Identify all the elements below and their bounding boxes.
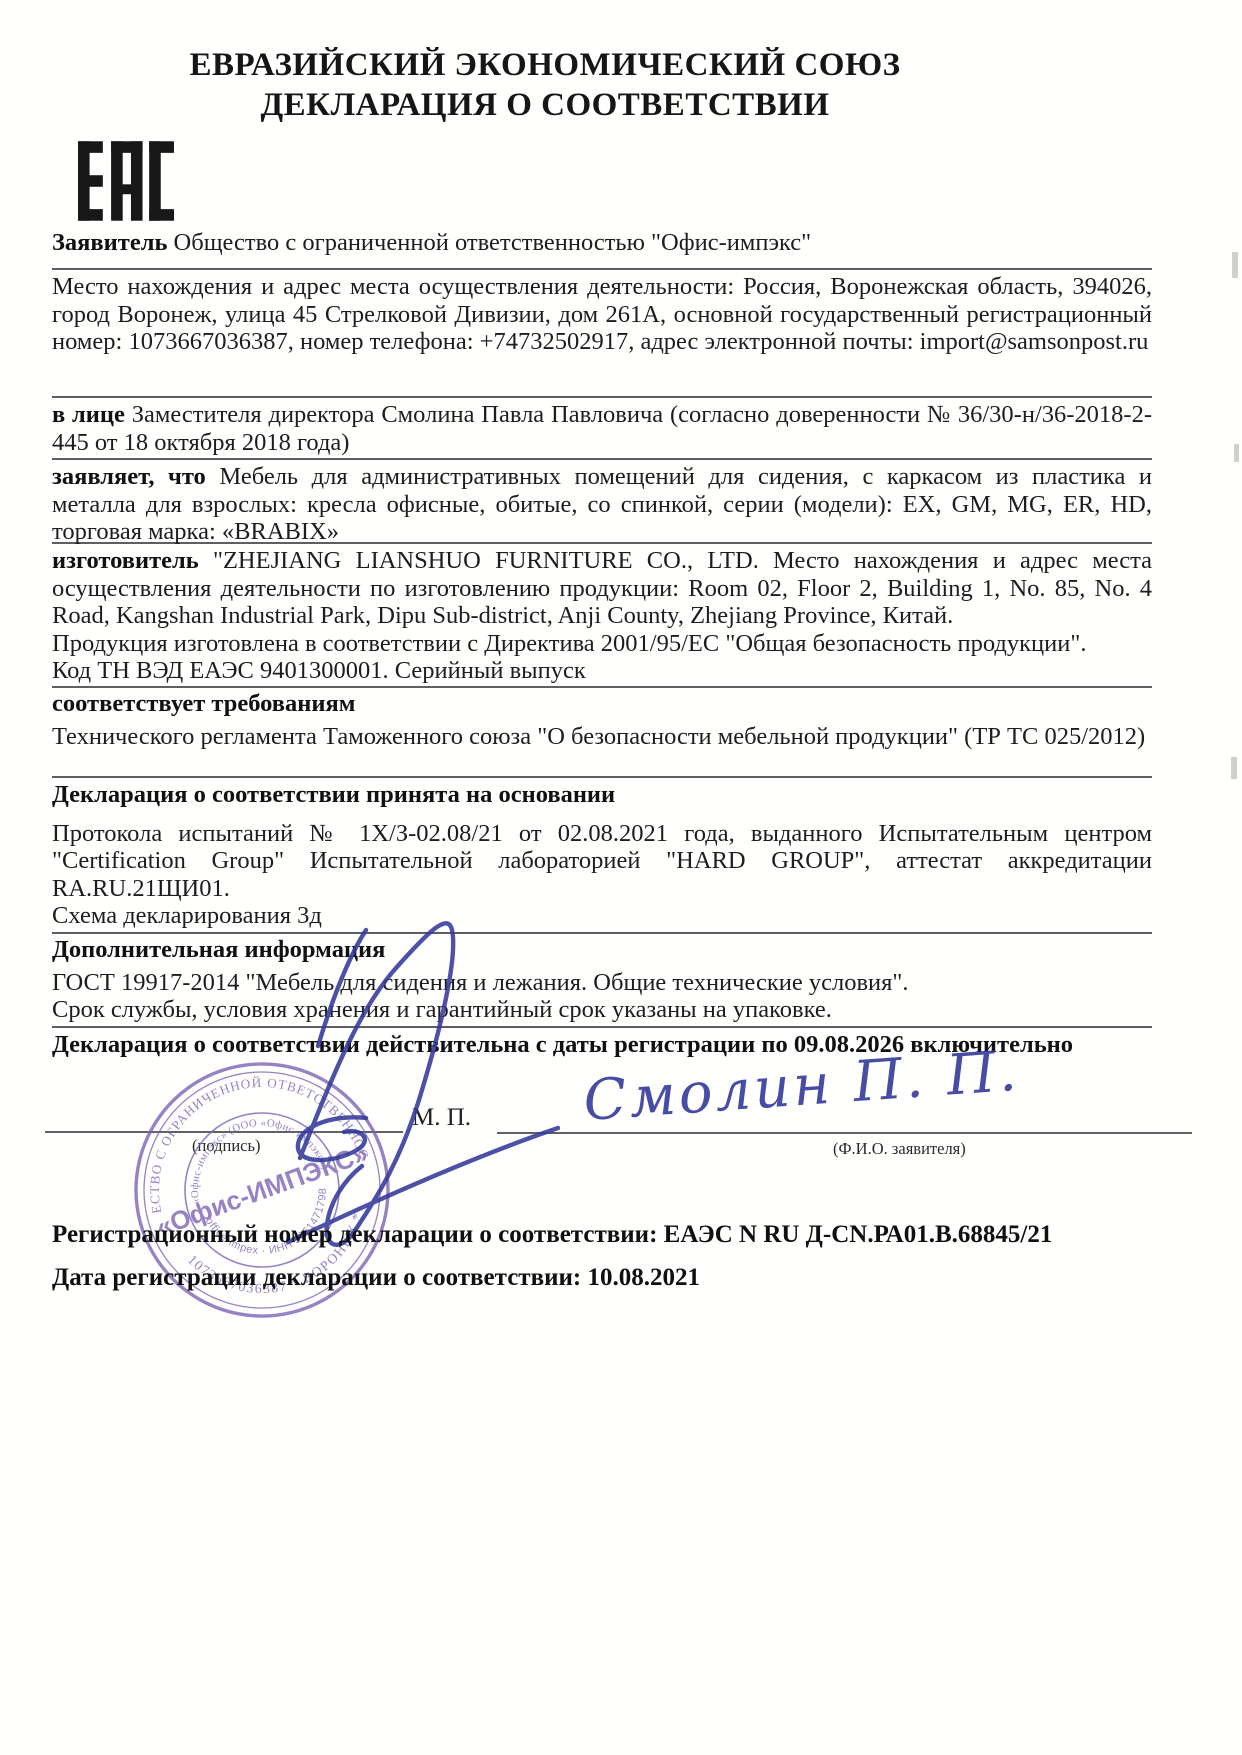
section-manufacturer: изготовитель "ZHEJIANG LIANSHUO FURNITUR… <box>52 547 1152 688</box>
section-compliance: соответствует требованиям Технического р… <box>52 690 1152 778</box>
section-address: Место нахождения и адрес места осуществл… <box>52 273 1152 398</box>
manufacturer-label: изготовитель <box>52 547 199 574</box>
additional-heading: Дополнительная информация <box>52 936 1152 964</box>
section-applicant: Заявитель Общество с ограниченной ответс… <box>52 229 1152 270</box>
section-representative: в лице Заместителя директора Смолина Пав… <box>52 401 1152 460</box>
scan-artifact <box>1232 252 1238 278</box>
manufacturer-directive-line: Продукция изготовлена в соответствии с Д… <box>52 630 1152 658</box>
applicant-value: Общество с ограниченной ответственностью… <box>167 229 811 256</box>
scan-artifact <box>1234 444 1239 462</box>
signature-line-left <box>45 1131 403 1133</box>
representative-label: в лице <box>52 401 125 428</box>
document-title-union: ЕВРАЗИЙСКИЙ ЭКОНОМИЧЕСКИЙ СОЮЗ <box>0 46 1090 84</box>
section-basis: Декларация о соответствии принята на осн… <box>52 781 1152 934</box>
manufacturer-value: "ZHEJIANG LIANSHUO FURNITURE CO., LTD. М… <box>52 547 1152 629</box>
mp-label: М. П. <box>412 1104 471 1132</box>
compliance-heading: соответствует требованиям <box>52 690 1152 718</box>
address-text: Место нахождения и адрес места осуществл… <box>52 273 1152 355</box>
manufacturer-tnved-line: Код ТН ВЭД ЕАЭС 9401300001. Серийный вып… <box>52 657 1152 685</box>
declares-value: Мебель для административных помещений дл… <box>52 463 1152 545</box>
signature-caption: (подпись) <box>192 1136 261 1156</box>
registration-date-line: Дата регистрации декларации о соответств… <box>52 1264 1192 1292</box>
manufacturer-paragraph: изготовитель "ZHEJIANG LIANSHUO FURNITUR… <box>52 547 1152 630</box>
section-validity: Декларация о соответствии действительна … <box>52 1031 1152 1059</box>
basis-heading: Декларация о соответствии принята на осн… <box>52 781 1152 809</box>
fio-caption: (Ф.И.О. заявителя) <box>833 1139 966 1159</box>
document-title-declaration: ДЕКЛАРАЦИЯ О СООТВЕТСТВИИ <box>0 86 1090 124</box>
basis-text: Протокола испытаний № 1Х/З-02.08/21 от 0… <box>52 820 1152 903</box>
signature-line-right <box>497 1132 1192 1134</box>
declaration-document: ЕВРАЗИЙСКИЙ ЭКОНОМИЧЕСКИЙ СОЮЗ ДЕКЛАРАЦИ… <box>0 0 1242 1755</box>
company-stamp: ОБЩЕСТВО С ОГРАНИЧЕННОЙ ОТВЕТСТВЕННОСТЬЮ… <box>108 1036 417 1345</box>
basis-scheme-line: Схема декларирования 3д <box>52 902 1152 930</box>
section-additional: Дополнительная информация ГОСТ 19917-201… <box>52 936 1152 1028</box>
representative-value: Заместителя директора Смолина Павла Павл… <box>52 401 1152 456</box>
registration-number-line: Регистрационный номер декларации о соотв… <box>52 1221 1192 1249</box>
validity-text: Декларация о соответствии действительна … <box>52 1031 1152 1059</box>
declares-label: заявляет, что <box>52 463 206 490</box>
scan-artifact <box>1231 757 1237 779</box>
additional-gost-line: ГОСТ 19917-2014 "Мебель для сидения и ле… <box>52 969 1152 997</box>
eac-mark-icon <box>78 136 174 231</box>
additional-service-life-line: Срок службы, условия хранения и гарантий… <box>52 996 1152 1024</box>
applicant-label: Заявитель <box>52 229 167 256</box>
section-declares: заявляет, что Мебель для административны… <box>52 463 1152 544</box>
compliance-text: Технического регламента Таможенного союз… <box>52 723 1152 751</box>
